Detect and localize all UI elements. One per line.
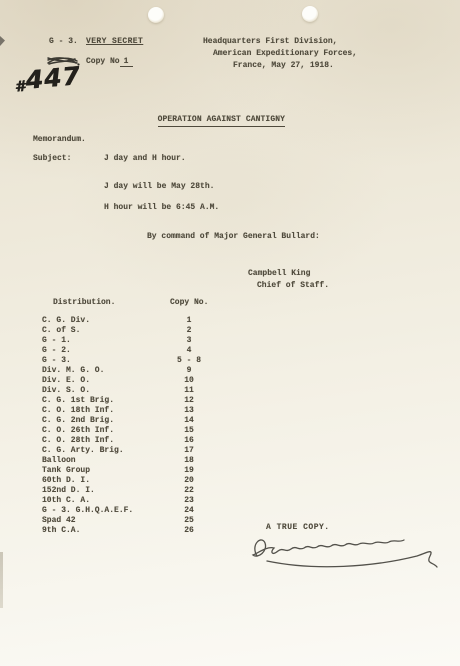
- distribution-row: G - 3. G.H.Q.A.E.F. 24: [42, 506, 262, 516]
- distribution-row: C. G. Arty. Brig. 17: [42, 446, 262, 456]
- distribution-unit: Tank Group: [42, 466, 90, 475]
- distribution-row: C. O. 18th Inf. 13: [42, 406, 262, 416]
- distribution-unit: 9th C.A.: [42, 526, 80, 535]
- distribution-unit: G - 2.: [42, 346, 71, 355]
- office-designation: G - 3.: [49, 38, 78, 46]
- scanned-memorandum-page: G - 3. VERY SECRET Copy No1 #447 Headqua…: [0, 0, 460, 666]
- distribution-copy-number: 9: [170, 366, 208, 375]
- distribution-row: G - 3. 5 - 8: [42, 356, 262, 366]
- distribution-unit: G - 1.: [42, 336, 71, 345]
- distribution-copy-number: 13: [170, 406, 208, 415]
- distribution-unit: C. G. 1st Brig.: [42, 396, 114, 405]
- distribution-unit: Div. S. O.: [42, 386, 90, 395]
- distribution-row: Spad 42 25: [42, 516, 262, 526]
- file-number-digits: 447: [24, 61, 82, 95]
- distribution-copy-number: 3: [170, 336, 208, 345]
- distribution-row: 9th C.A. 26: [42, 526, 262, 536]
- distribution-copy-number: 12: [170, 396, 208, 405]
- copy-number-line: Copy No1: [86, 58, 133, 66]
- punch-hole-icon: [302, 6, 318, 22]
- subject-value: J day and H hour.: [104, 155, 186, 163]
- distribution-copy-number: 14: [170, 416, 208, 425]
- distribution-unit: G - 3.: [42, 356, 71, 365]
- letterhead-line: Headquarters First Division,: [203, 38, 337, 46]
- distribution-copy-number: 11: [170, 386, 208, 395]
- distribution-row: Div. M. G. O. 9: [42, 366, 262, 376]
- distribution-copy-number: 19: [170, 466, 208, 475]
- distribution-row: C. G. 1st Brig. 12: [42, 396, 262, 406]
- distribution-copy-number: 26: [170, 526, 208, 535]
- distribution-row: C. O. 28th Inf. 16: [42, 436, 262, 446]
- distribution-unit: C. of S.: [42, 326, 80, 335]
- distribution-row: C. G. Div. 1: [42, 316, 262, 326]
- distribution-copy-number: 15: [170, 426, 208, 435]
- classification-stamp: VERY SECRET: [86, 38, 143, 46]
- letterhead-dateline: France, May 27, 1918.: [233, 62, 334, 70]
- distribution-unit: C. G. 2nd Brig.: [42, 416, 114, 425]
- distribution-row: Tank Group 19: [42, 466, 262, 476]
- signer-title: Chief of Staff.: [257, 282, 329, 290]
- distribution-copy-number: 18: [170, 456, 208, 465]
- scan-edge-artifact: [0, 36, 5, 46]
- memorandum-label: Memorandum.: [33, 136, 86, 144]
- distribution-unit: G - 3. G.H.Q.A.E.F.: [42, 506, 133, 515]
- distribution-row: C. of S. 2: [42, 326, 262, 336]
- distribution-copy-number: 10: [170, 376, 208, 385]
- document-title-text: OPERATION AGAINST CANTIGNY: [158, 115, 285, 127]
- distribution-header: Distribution.: [53, 299, 115, 307]
- distribution-list: C. G. Div. 1 C. of S. 2 G - 1. 3 G - 2. …: [42, 316, 262, 536]
- scan-edge-artifact: [0, 552, 3, 608]
- distribution-row: 10th C. A. 23: [42, 496, 262, 506]
- distribution-copy-number: 20: [170, 476, 208, 485]
- document-title: OPERATION AGAINST CANTIGNY: [138, 108, 285, 132]
- distribution-unit: 10th C. A.: [42, 496, 90, 505]
- distribution-copy-number: 4: [170, 346, 208, 355]
- distribution-copy-number: 25: [170, 516, 208, 525]
- distribution-unit: Spad 42: [42, 516, 76, 525]
- copy-number-header: Copy No.: [170, 299, 208, 307]
- j-day-statement: J day will be May 28th.: [104, 183, 214, 191]
- distribution-unit: 60th D. I.: [42, 476, 90, 485]
- signer-name: Campbell King: [248, 270, 310, 278]
- distribution-row: G - 1. 3: [42, 336, 262, 346]
- handwritten-signature: [245, 531, 445, 575]
- distribution-unit: 152nd D. I.: [42, 486, 95, 495]
- punch-hole-icon: [148, 7, 164, 23]
- distribution-unit: Balloon: [42, 456, 76, 465]
- handwritten-file-number: #447: [13, 61, 82, 96]
- distribution-unit: Div. M. G. O.: [42, 366, 104, 375]
- subject-label: Subject:: [33, 155, 71, 163]
- distribution-copy-number: 2: [170, 326, 208, 335]
- distribution-unit: C. O. 18th Inf.: [42, 406, 114, 415]
- distribution-unit: C. G. Div.: [42, 316, 90, 325]
- distribution-copy-number: 17: [170, 446, 208, 455]
- distribution-copy-number: 24: [170, 506, 208, 515]
- distribution-copy-number: 23: [170, 496, 208, 505]
- distribution-unit: C. G. Arty. Brig.: [42, 446, 124, 455]
- letterhead-line: American Expeditionary Forces,: [213, 50, 357, 58]
- distribution-copy-number: 1: [170, 316, 208, 325]
- distribution-row: Div. E. O. 10: [42, 376, 262, 386]
- distribution-copy-number: 22: [170, 486, 208, 495]
- distribution-row: 152nd D. I. 22: [42, 486, 262, 496]
- distribution-row: G - 2. 4: [42, 346, 262, 356]
- distribution-row: Div. S. O. 11: [42, 386, 262, 396]
- distribution-row: Balloon 18: [42, 456, 262, 466]
- copy-number: 1: [120, 57, 134, 67]
- distribution-copy-number: 16: [170, 436, 208, 445]
- distribution-unit: C. O. 28th Inf.: [42, 436, 114, 445]
- distribution-copy-number: 5 - 8: [170, 356, 208, 365]
- distribution-row: C. G. 2nd Brig. 14: [42, 416, 262, 426]
- distribution-unit: C. O. 26th Inf.: [42, 426, 114, 435]
- copy-label: Copy No: [86, 57, 120, 66]
- distribution-unit: Div. E. O.: [42, 376, 90, 385]
- distribution-row: C. O. 26th Inf. 15: [42, 426, 262, 436]
- h-hour-statement: H hour will be 6:45 A.M.: [104, 204, 219, 212]
- by-command-line: By command of Major General Bullard:: [147, 233, 320, 241]
- distribution-row: 60th D. I. 20: [42, 476, 262, 486]
